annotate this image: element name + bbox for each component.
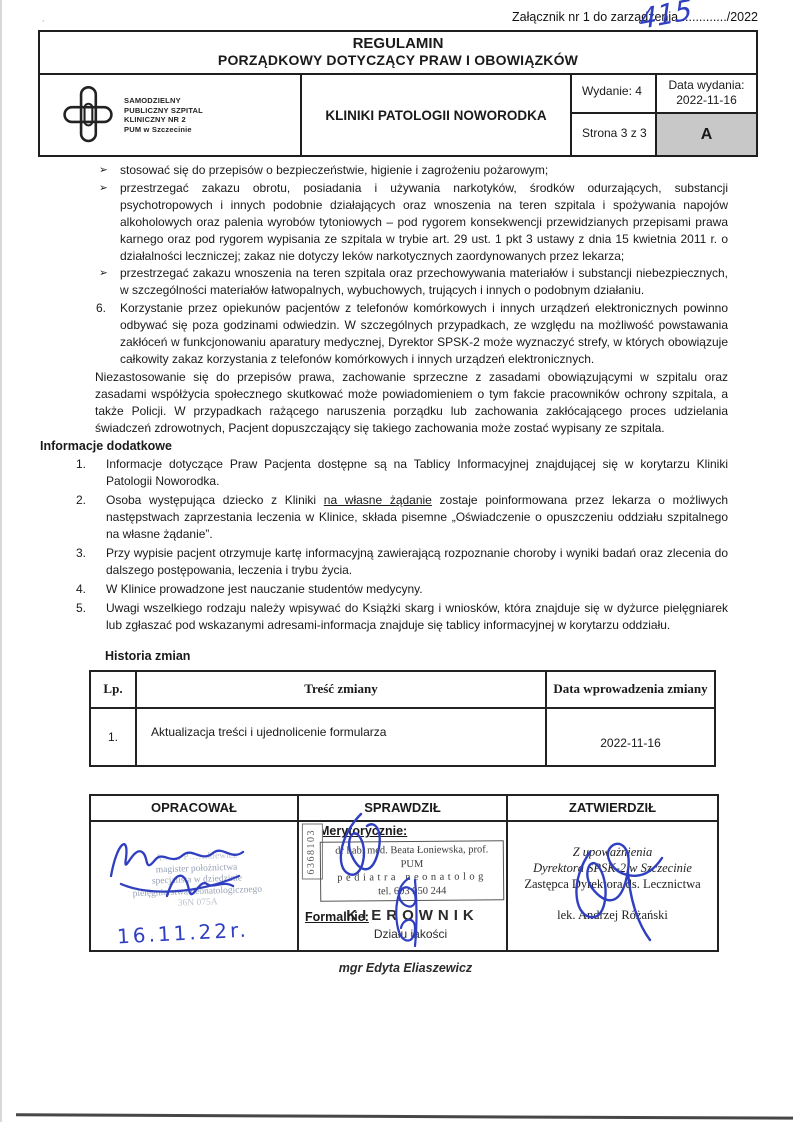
director-authorization: Z upoważnienia Dyrektora SPSK-2 w Szczec… — [508, 822, 717, 923]
history-heading: Historia zmian — [105, 648, 728, 665]
authorization-line: Dyrektora SPSK-2 w Szczecinie — [508, 860, 717, 876]
bullet-text: stosować się do przepisów o bezpieczeńst… — [120, 163, 548, 177]
closing-paragraph: Niezastosowanie się do przepisów prawa, … — [95, 369, 728, 437]
pen-mark: ˏ — [38, 12, 45, 23]
item-text: Informacje dotyczące Praw Pacjenta dostę… — [106, 457, 728, 488]
list-item: 2. Osoba występująca dziecko z Kliniki n… — [40, 492, 728, 543]
arrow-bullet-icon: ➢ — [99, 180, 108, 197]
document-title: REGULAMIN PORZĄDKOWY DOTYCZĄCY PRAW I OB… — [40, 32, 756, 75]
hospital-name-line: PUM w Szczecinie — [124, 125, 203, 135]
stamp-line: Działu jakości — [305, 926, 506, 943]
hospital-name-line: SAMODZIELNY — [124, 96, 203, 106]
title-line-1: REGULAMIN — [40, 35, 756, 52]
attachment-year: /2022 — [727, 10, 758, 24]
clinic-title: KLINIKI PATOLOGII NOWORODKA — [300, 75, 570, 155]
signoff-col-opracowal: OPRACOWAŁ — [91, 796, 297, 822]
bullet-item: ➢ stosować się do przepisów o bezpieczeń… — [98, 162, 728, 179]
title-line-2: PORZĄDKOWY DOTYCZĄCY PRAW I OBOWIĄZKÓW — [40, 52, 756, 68]
document-body: ➢ stosować się do przepisów o bezpieczeń… — [40, 162, 728, 952]
arrow-bullet-icon: ➢ — [99, 265, 108, 282]
bullet-text: przestrzegać zakazu obrotu, posiadania i… — [120, 181, 728, 263]
history-row-change: Aktualizacja treści i ujednolicenie form… — [135, 709, 545, 765]
page-number-cell: Strona 3 z 3 — [572, 112, 655, 155]
item-text: Przy wypisie pacjent otrzymuje kartę inf… — [106, 546, 728, 577]
nurse-stamp: A…… P……kiewicz magister położnictwa spec… — [116, 849, 278, 912]
formalnie-block: Formalnie: KIEROWNIK Działu jakości mgr … — [305, 908, 506, 977]
scan-edge-left — [0, 0, 2, 1122]
hospital-logo-cell: SAMODZIELNY PUBLICZNY SZPITAL KLINICZNY … — [40, 75, 300, 155]
merytorycznie-label: Merytorycznie: — [319, 824, 407, 838]
handwritten-date: 16.11.22r. — [117, 922, 250, 946]
numbered-item-6: 6. Korzystanie przez opiekunów pacjentów… — [40, 300, 728, 368]
signoff-table: OPRACOWAŁ SPRAWDZIŁ ZATWIERDZIŁ A…… P……k… — [89, 794, 719, 952]
hospital-name-line: PUBLICZNY SZPITAL — [124, 106, 203, 116]
item-number: 3. — [76, 545, 86, 562]
list-item: 3. Przy wypisie pacjent otrzymuje kartę … — [40, 545, 728, 579]
hospital-name-line: KLINICZNY NR 2 — [124, 115, 203, 125]
attachment-note: Załącznik nr 1 do zarządzenia ..........… — [512, 10, 758, 24]
signoff-col-sprawdzil: SPRAWDZIŁ — [297, 796, 506, 822]
issue-date-label: Data wydania: — [657, 78, 756, 93]
hospital-name: SAMODZIELNY PUBLICZNY SZPITAL KLINICZNY … — [124, 96, 203, 134]
history-col-change: Treść zmiany — [135, 672, 545, 709]
history-table: Lp. Treść zmiany Data wprowadzenia zmian… — [89, 670, 716, 767]
opracowal-cell: A…… P……kiewicz magister położnictwa spec… — [91, 822, 297, 950]
authorization-line: Zastępca Dyrektora ds. Lecznictwa — [508, 876, 717, 892]
issue-date-value: 2022-11-16 — [657, 93, 756, 108]
item-text: W Klinice prowadzone jest nauczanie stud… — [106, 582, 423, 596]
doctor-stamp: dr hab. med. Beata Łoniewska, prof. PUM … — [320, 840, 505, 902]
scanned-document-page: ˏ Załącznik nr 1 do zarządzenia ........… — [0, 0, 793, 1122]
item-text-pre: Osoba występująca dziecko z Kliniki — [106, 493, 324, 507]
list-item: 1. Informacje dotyczące Praw Pacjenta do… — [40, 456, 728, 490]
item-text: Korzystanie przez opiekunów pacjentów z … — [120, 301, 728, 366]
bullet-item: ➢ przestrzegać zakazu obrotu, posiadania… — [98, 180, 728, 265]
list-item: 4. W Klinice prowadzone jest nauczanie s… — [40, 581, 728, 598]
scan-edge-bottom — [16, 1113, 793, 1119]
merytorycznie-block: Merytorycznie: dr hab. med. Beata Łoniew… — [319, 823, 506, 901]
item-text: Uwagi wszelkiego rodzaju należy wpisywać… — [106, 601, 728, 632]
stamp-line: tel. 603 950 244 — [324, 884, 500, 899]
issue-date-cell: Data wydania: 2022-11-16 — [657, 75, 756, 112]
header-bottom-row: SAMODZIELNY PUBLICZNY SZPITAL KLINICZNY … — [40, 75, 756, 155]
director-name: lek. Andrzej Różański — [508, 907, 717, 923]
list-item: 5. Uwagi wszelkiego rodzaju należy wpisy… — [40, 600, 728, 634]
authorization-line: Z upoważnienia — [508, 844, 717, 860]
underlined-phrase: na własne żądanie — [324, 493, 432, 507]
edition-cell: Wydanie: 4 — [572, 75, 655, 112]
bullet-text: przestrzegać zakazu wnoszenia na teren s… — [120, 266, 728, 297]
item-number: 4. — [76, 581, 86, 598]
item-text: Osoba występująca dziecko z Kliniki na w… — [106, 493, 728, 541]
header-table: REGULAMIN PORZĄDKOWY DOTYCZĄCY PRAW I OB… — [38, 30, 758, 157]
history-row-date: 2022-11-16 — [545, 709, 714, 765]
bullet-item: ➢ przestrzegać zakazu wnoszenia na teren… — [98, 265, 728, 299]
item-number: 5. — [76, 600, 86, 617]
history-col-lp: Lp. — [91, 672, 135, 709]
stamp-line: pediatra neonatolog — [324, 870, 500, 885]
edition-page-column: Wydanie: 4 Strona 3 z 3 — [570, 75, 655, 155]
item-number: 2. — [76, 492, 86, 509]
sprawdzil-cell: 6368103 Merytorycznie: dr hab. med. Beat… — [297, 822, 506, 950]
hospital-cross-logo-icon — [62, 82, 114, 148]
formalnie-label: Formalnie: — [305, 909, 369, 926]
history-col-date: Data wprowadzenia zmiany — [545, 672, 714, 709]
issue-date-column: Data wydania: 2022-11-16 A — [655, 75, 756, 155]
item-number: 6. — [96, 300, 106, 317]
arrow-bullet-icon: ➢ — [99, 162, 108, 179]
history-row-lp: 1. — [91, 709, 135, 765]
stamp-line: mgr Edyta Eliaszewicz — [305, 960, 506, 977]
section-heading: Informacje dodatkowe — [40, 438, 728, 455]
item-number: 1. — [76, 456, 86, 473]
signoff-col-zatwierdzil: ZATWIERDZIŁ — [506, 796, 717, 822]
zatwierdzil-cell: Z upoważnienia Dyrektora SPSK-2 w Szczec… — [506, 822, 717, 950]
stamp-line: dr hab. med. Beata Łoniewska, prof. PUM — [324, 843, 500, 872]
revision-letter-cell: A — [657, 112, 756, 155]
